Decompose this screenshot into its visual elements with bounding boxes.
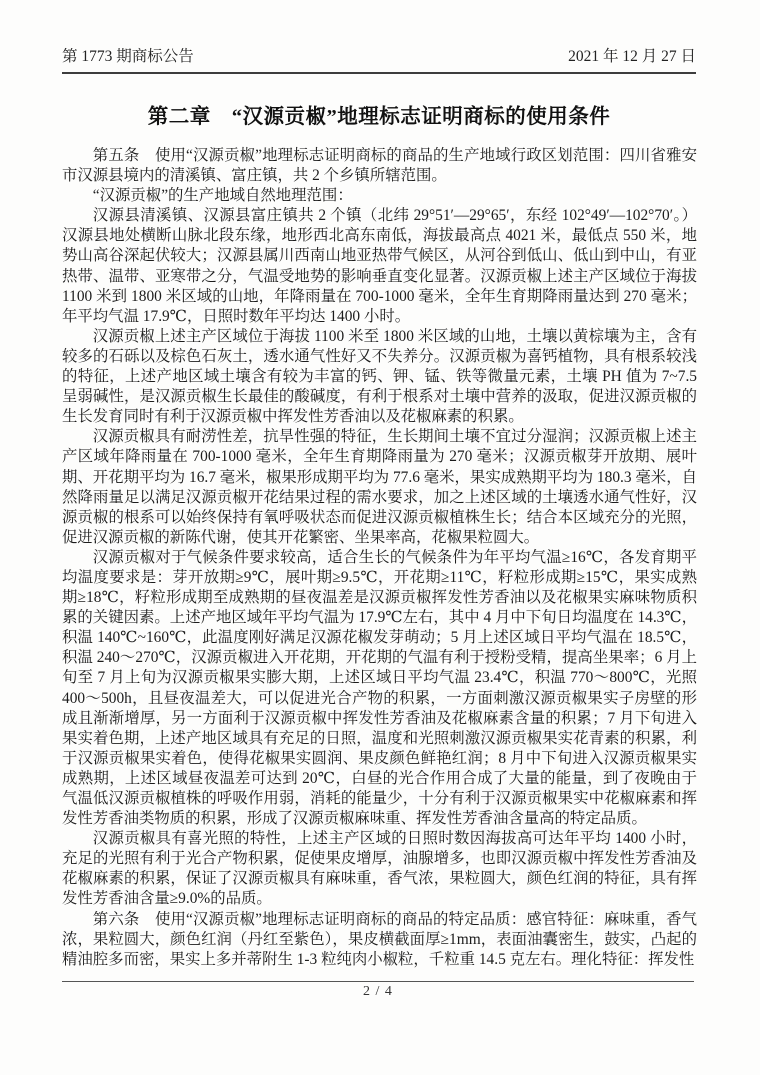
gazette-date-label: 2021 年 12 月 27 日 [568, 44, 696, 66]
paragraph-soil: 汉源贡椒上述主产区域位于海拔 1100 米至 1800 米区域的山地，土壤以黄棕… [62, 327, 697, 427]
paragraph-sunlight: 汉源贡椒具有喜光照的特性，上述主产区域的日照时数因海拔高可达年平均 1400 小… [62, 829, 697, 909]
paragraph-geography: 汉源县清溪镇、汉源县富庄镇共 2 个镇（北纬 29°51′—29°65′，东经 … [62, 206, 697, 327]
chapter-title: 第二章 “汉源贡椒”地理标志证明商标的使用条件 [62, 99, 696, 129]
page-number: 2 / 4 [363, 984, 393, 1000]
paragraph-climate: 汉源贡椒对于气候条件要求较高，适合生长的气候条件为年平均气温≥16℃，各发育期平… [62, 548, 697, 829]
paragraph-rainfall: 汉源贡椒具有耐涝性差，抗旱性强的特征，生长期间土壤不宜过分湿润；汉源贡椒上述主产… [62, 427, 697, 548]
page-footer: 2 / 4 [62, 981, 694, 1000]
gazette-issue-label: 第 1773 期商标公告 [62, 44, 194, 66]
gazette-document-page: 第 1773 期商标公告 2021 年 12 月 27 日 第二章 “汉源贡椒”… [0, 0, 760, 1075]
paragraph-article-6: 第六条 使用“汉源贡椒”地理标志证明商标的商品的特定品质：感官特征：麻味重，香气… [62, 910, 697, 970]
page-header: 第 1773 期商标公告 2021 年 12 月 27 日 [62, 44, 696, 74]
paragraph-natural-scope-lead: “汉源贡椒”的生产地域自然地理范围： [62, 186, 697, 206]
document-body: 第五条 使用“汉源贡椒”地理标志证明商标的商品的生产地域行政区划范围：四川省雅安… [62, 146, 697, 979]
paragraph-article-5: 第五条 使用“汉源贡椒”地理标志证明商标的商品的生产地域行政区划范围：四川省雅安… [62, 146, 697, 186]
